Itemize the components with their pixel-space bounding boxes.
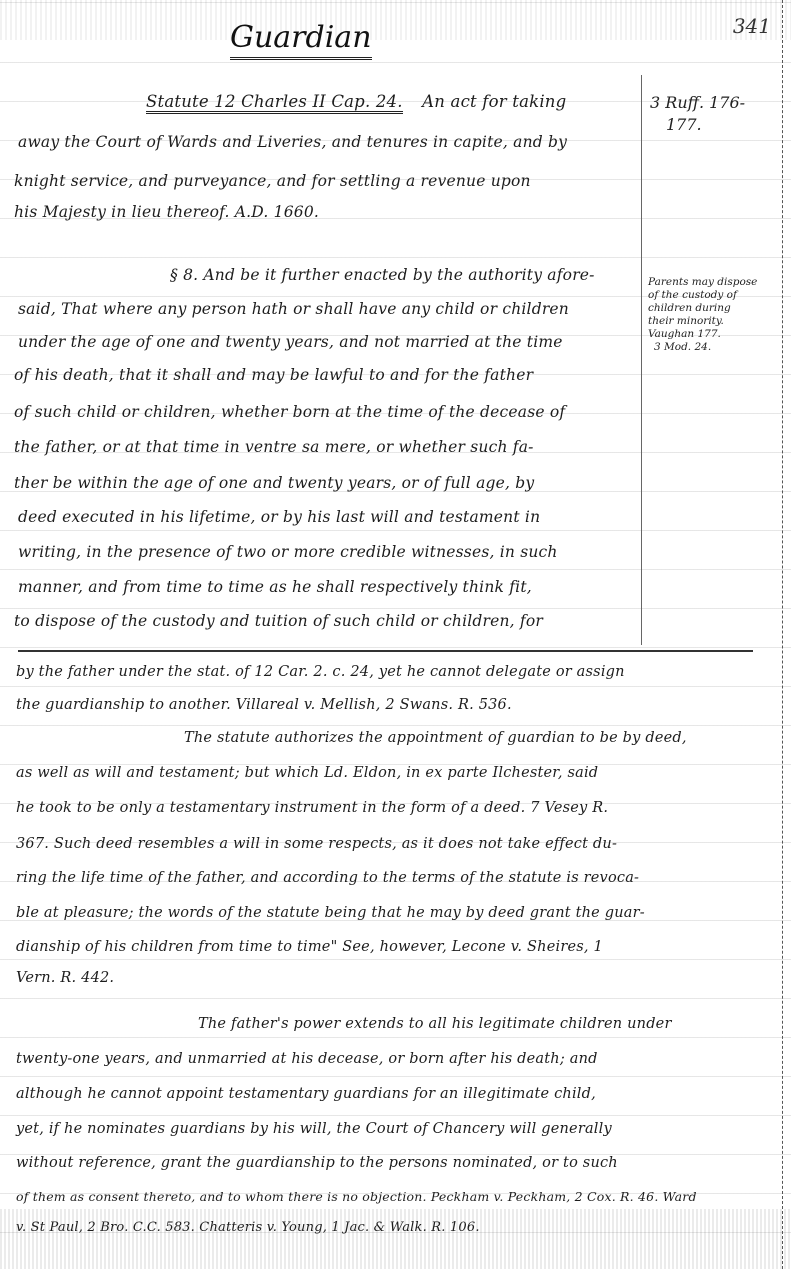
margin-note-line: 3 Mod. 24. bbox=[648, 341, 757, 354]
page-title: Guardian bbox=[230, 20, 372, 60]
commentary-p3-line-2: although he cannot appoint testamentary … bbox=[16, 1086, 596, 1102]
margin-note-line: their minority. bbox=[648, 315, 757, 328]
commentary-p2-line-2: he took to be only a testamentary instru… bbox=[16, 800, 608, 816]
commentary-p2-line-5: ble at pleasure; the words of the statut… bbox=[16, 905, 645, 921]
page-number: 341 bbox=[733, 14, 771, 38]
margin-note-line: Vaughan 177. bbox=[648, 328, 757, 341]
statute-line-3: his Majesty in lieu thereof. A.D. 1660. bbox=[14, 203, 319, 221]
margin-column-line bbox=[641, 75, 642, 645]
commentary-p3-line-5: of them as consent thereto, and to whom … bbox=[16, 1189, 697, 1204]
section8-line-4: of such child or children, whether born … bbox=[14, 403, 565, 421]
scan-noise-top bbox=[0, 0, 791, 40]
statute-heading: Statute 12 Charles II Cap. 24. bbox=[146, 92, 403, 114]
right-margin-rule bbox=[782, 0, 785, 1269]
section8-line-9: manner, and from time to time as he shal… bbox=[18, 578, 532, 596]
commentary-p3-line-3: yet, if he nominates guardians by his wi… bbox=[16, 1121, 612, 1137]
commentary-p3-line-0: The father's power extends to all his le… bbox=[198, 1016, 672, 1032]
commentary-p2-line-7: Vern. R. 442. bbox=[16, 970, 114, 986]
commentary-p3-line-4: without reference, grant the guardianshi… bbox=[16, 1155, 618, 1171]
section8-line-2: under the age of one and twenty years, a… bbox=[18, 333, 563, 351]
margin-citation-line: 177. bbox=[650, 114, 745, 136]
commentary-p1-line-0: by the father under the stat. of 12 Car.… bbox=[16, 664, 625, 680]
section8-line-6: ther be within the age of one and twenty… bbox=[14, 474, 534, 492]
section8-line-0: § 8. And be it further enacted by the au… bbox=[170, 266, 595, 284]
section8-line-5: the father, or at that time in ventre sa… bbox=[14, 438, 534, 456]
section8-line-3: of his death, that it shall and may be l… bbox=[14, 366, 533, 384]
margin-note-line: of the custody of bbox=[648, 289, 757, 302]
manuscript-page: 341 Guardian Statute 12 Charles II Cap. … bbox=[0, 0, 791, 1269]
commentary-p2-line-3: 367. Such deed resembles a will in some … bbox=[16, 836, 617, 852]
commentary-p2-line-0: The statute authorizes the appointment o… bbox=[184, 730, 687, 746]
section8-line-7: deed executed in his lifetime, or by his… bbox=[18, 508, 540, 526]
statute-line-1: away the Court of Wards and Liveries, an… bbox=[18, 133, 567, 151]
commentary-p2-line-6: dianship of his children from time to ti… bbox=[16, 939, 603, 955]
statute-line-0: An act for taking bbox=[422, 92, 566, 111]
commentary-p2-line-1: as well as will and testament; but which… bbox=[16, 765, 598, 781]
scan-noise-bottom bbox=[0, 1209, 791, 1269]
commentary-p3-line-1: twenty-one years, and unmarried at his d… bbox=[16, 1051, 598, 1067]
statute-heading-line: Statute 12 Charles II Cap. 24. An act fo… bbox=[146, 92, 566, 111]
section-divider bbox=[18, 650, 753, 652]
margin-note-line: Parents may dispose bbox=[648, 276, 757, 289]
commentary-p1-line-1: the guardianship to another. Villareal v… bbox=[16, 697, 512, 713]
statute-line-2: knight service, and purveyance, and for … bbox=[14, 172, 531, 190]
commentary-p2-line-4: ring the life time of the father, and ac… bbox=[16, 870, 639, 886]
margin-citation-line: 3 Ruff. 176- bbox=[650, 92, 745, 114]
statute-margin-citation: 3 Ruff. 176- 177. bbox=[650, 92, 745, 136]
section8-line-10: to dispose of the custody and tuition of… bbox=[14, 612, 543, 630]
commentary-p3-line-6: v. St Paul, 2 Bro. C.C. 583. Chatteris v… bbox=[16, 1220, 480, 1235]
section8-line-1: said, That where any person hath or shal… bbox=[18, 300, 569, 318]
section8-margin-note: Parents may dispose of the custody of ch… bbox=[648, 276, 757, 354]
section8-line-8: writing, in the presence of two or more … bbox=[18, 543, 558, 561]
margin-note-line: children during bbox=[648, 302, 757, 315]
